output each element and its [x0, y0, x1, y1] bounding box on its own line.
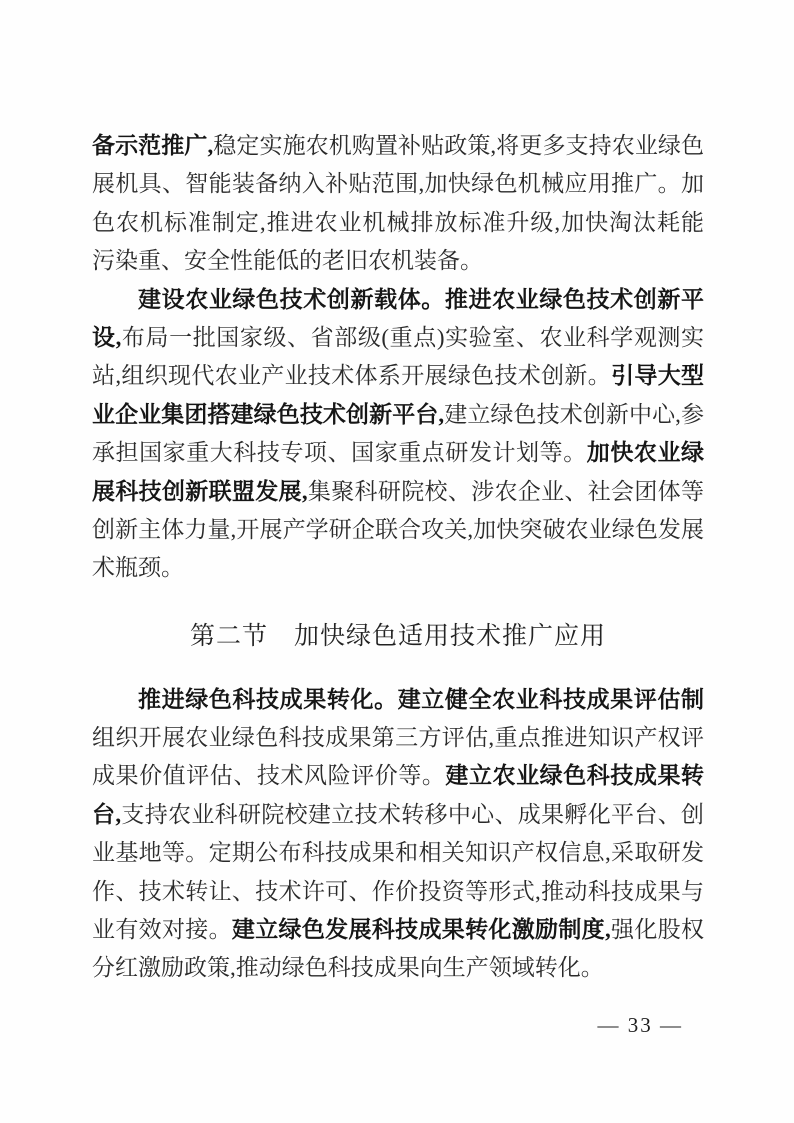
- text-line: 作、技术转让、技术许可、作价投资等形式,推动科技成果与绿色产: [92, 873, 704, 911]
- text-run: 污染重、安全性能低的老旧农机装备。: [92, 248, 483, 273]
- document-page: 备示范推广,稳定实施农机购置补贴政策,将更多支持农业绿色发展机具、智能装备纳入补…: [0, 0, 794, 1123]
- text-run: 展机具、智能装备纳入补贴范围,加快绿色机械应用推广。加强绿: [92, 171, 704, 203]
- text-line: 建设农业绿色技术创新载体。推进农业绿色技术创新平台建: [92, 281, 704, 319]
- text-line: 展机具、智能装备纳入补贴范围,加快绿色机械应用推广。加强绿: [92, 165, 704, 203]
- text-run: 承担国家重大科技专项、国家重点研发计划等。: [92, 440, 587, 465]
- bold-text-run: 展科技创新联盟发展,: [92, 479, 308, 504]
- text-line: 业企业集团搭建绿色技术创新平台,建立绿色技术创新中心,参与: [92, 396, 704, 434]
- page-number: — 33 —: [598, 1010, 684, 1040]
- bold-text-run: 推进绿色科技成果转化。建立健全农业科技成果评估制度,: [92, 687, 704, 719]
- text-run: 色农机标准制定,推进农业机械排放标准升级,加快淘汰耗能高、: [92, 210, 704, 242]
- text-line: 分红激励政策,推动绿色科技成果向生产领域转化。: [92, 949, 704, 987]
- text-line: 术瓶颈。: [92, 549, 704, 587]
- document-body: 备示范推广,稳定实施农机购置补贴政策,将更多支持农业绿色发展机具、智能装备纳入补…: [92, 127, 704, 988]
- text-line: 台,支持农业科研院校建立技术转移中心、成果孵化平台、创新创: [92, 796, 704, 834]
- text-line: 设,布局一批国家级、省部级(重点)实验室、农业科学观测实验: [92, 319, 704, 357]
- text-run: 创新主体力量,开展产学研企联合攻关,加快突破农业绿色发展技: [92, 517, 704, 549]
- text-run: 组织开展农业绿色科技成果第三方评估,重点推进知识产权评议、: [92, 725, 704, 757]
- section-heading: 第二节 加快绿色适用技术推广应用: [92, 618, 704, 656]
- text-line: 展科技创新联盟发展,集聚科研院校、涉农企业、社会团体等各类: [92, 473, 704, 511]
- paragraph-achievement-transformation: 推进绿色科技成果转化。建立健全农业科技成果评估制度,组织开展农业绿色科技成果第三…: [92, 681, 704, 988]
- text-line: 创新主体力量,开展产学研企联合攻关,加快突破农业绿色发展技: [92, 511, 704, 549]
- bold-text-run: 业企业集团搭建绿色技术创新平台,: [92, 402, 444, 427]
- text-run: 布局一批国家级、省部级(重点)实验室、农业科学观测实验: [92, 325, 704, 357]
- bold-text-run: 台,: [92, 802, 121, 827]
- text-run: 分红激励政策,推动绿色科技成果向生产领域转化。: [92, 955, 604, 980]
- bold-text-run: 备示范推广,: [92, 133, 213, 158]
- paragraph-innovation-carriers: 建设农业绿色技术创新载体。推进农业绿色技术创新平台建设,布局一批国家级、省部级(…: [92, 281, 704, 588]
- text-line: 站,组织现代农业产业技术体系开展绿色技术创新。引导大型农: [92, 357, 704, 395]
- text-line: 备示范推广,稳定实施农机购置补贴政策,将更多支持农业绿色发: [92, 127, 704, 165]
- text-run: 成果价值评估、技术风险评价等。: [92, 763, 445, 788]
- text-line: 承担国家重大科技专项、国家重点研发计划等。加快农业绿色发: [92, 434, 704, 472]
- bold-text-run: 建设农业绿色技术创新载体。推进农业绿色技术创新平台建: [92, 287, 704, 319]
- text-run: 业基地等。定期公布科技成果和相关知识产权信息,采取研发合: [92, 840, 704, 872]
- text-line: 成果价值评估、技术风险评价等。建立农业绿色科技成果转化平: [92, 757, 704, 795]
- text-line: 组织开展农业绿色科技成果第三方评估,重点推进知识产权评议、: [92, 719, 704, 757]
- text-line: 推进绿色科技成果转化。建立健全农业科技成果评估制度,: [92, 681, 704, 719]
- text-run: 术瓶颈。: [92, 555, 184, 580]
- text-line: 污染重、安全性能低的老旧农机装备。: [92, 242, 704, 280]
- text-run: 作、技术转让、技术许可、作价投资等形式,推动科技成果与绿色产: [92, 879, 704, 911]
- text-line: 色农机标准制定,推进农业机械排放标准升级,加快淘汰耗能高、: [92, 204, 704, 242]
- text-line: 业有效对接。建立绿色发展科技成果转化激励制度,强化股权和: [92, 911, 704, 949]
- text-run: 业有效对接。: [92, 917, 232, 942]
- text-line: 业基地等。定期公布科技成果和相关知识产权信息,采取研发合: [92, 834, 704, 872]
- paragraph-farm-machinery: 备示范推广,稳定实施农机购置补贴政策,将更多支持农业绿色发展机具、智能装备纳入补…: [92, 127, 704, 281]
- bold-text-run: 建立绿色发展科技成果转化激励制度,: [232, 917, 611, 942]
- text-run: 站,组织现代农业产业技术体系开展绿色技术创新。: [92, 363, 611, 388]
- text-run: 支持农业科研院校建立技术转移中心、成果孵化平台、创新创: [92, 802, 704, 834]
- bold-text-run: 设,: [92, 325, 121, 350]
